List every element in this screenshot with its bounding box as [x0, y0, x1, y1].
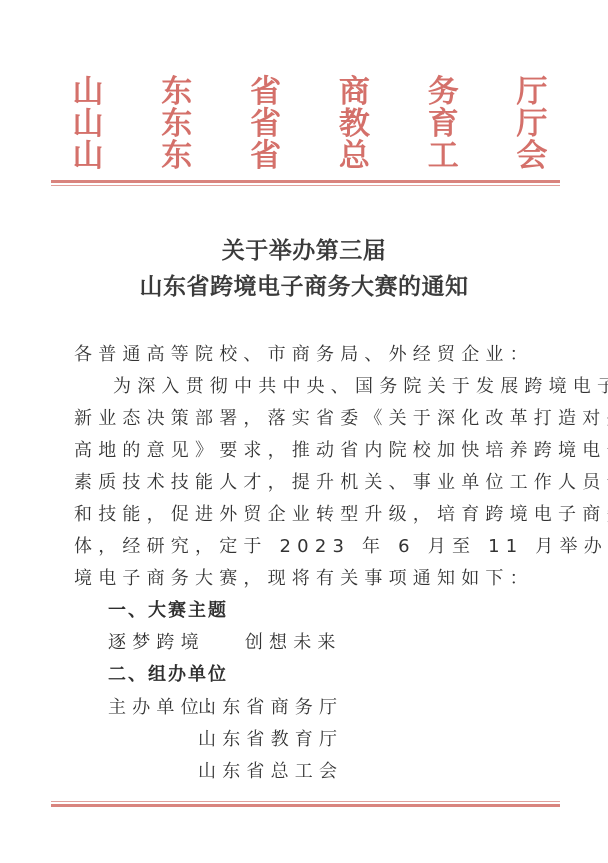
letterhead: 山 东 省 商 务 厅 山 东 省 教 育 厅 山 东 省 总 工 会: [72, 76, 548, 172]
letterhead-char: 厅: [516, 76, 548, 108]
paragraph-line: 和技能，促进外贸企业转型升级，培育跨境电子商务经营主: [74, 505, 608, 525]
theme-slogan: 逐梦跨境创想未来: [108, 633, 342, 653]
host-organization: 山东省教育厅: [198, 730, 343, 750]
letterhead-char: 省: [250, 108, 282, 140]
slogan-part1: 逐梦跨境: [108, 632, 205, 653]
header-rule-thin: [51, 185, 560, 186]
salutation: 各普通高等院校、市商务局、外经贸企业：: [74, 345, 534, 365]
letterhead-char: 总: [338, 140, 370, 172]
letterhead-row-education: 山 东 省 教 育 厅: [72, 108, 548, 140]
letterhead-row-trade-union: 山 东 省 总 工 会: [72, 140, 548, 172]
letterhead-char: 教: [338, 108, 370, 140]
paragraph-line: 体，经研究，定于 2023 年 6 月至 11 月举办第三届山东省跨: [74, 537, 608, 557]
letterhead-char: 商: [338, 76, 370, 108]
paragraph-line: 高地的意见》要求，推动省内院校加快培养跨境电子商务高: [74, 441, 608, 461]
letterhead-char: 务: [427, 76, 459, 108]
header-rule-thick: [51, 180, 560, 183]
letterhead-char: 东: [161, 108, 193, 140]
letterhead-char: 育: [427, 108, 459, 140]
document-title-line1: 关于举办第三届: [0, 232, 608, 265]
paragraph-line: 为深入贯彻中共中央、国务院关于发展跨境电子商务等: [113, 377, 608, 397]
letterhead-char: 省: [250, 140, 282, 172]
letterhead-char: 省: [250, 76, 282, 108]
letterhead-char: 东: [161, 140, 193, 172]
document-title-line2: 山东省跨境电子商务大赛的通知: [0, 268, 608, 301]
letterhead-char: 山: [72, 108, 104, 140]
host-organization: 山东省总工会: [198, 762, 343, 782]
paragraph-line: 境电子商务大赛，现将有关事项通知如下：: [74, 569, 534, 589]
slogan-part2: 创想未来: [245, 632, 342, 653]
letterhead-char: 会: [516, 140, 548, 172]
host-organization: 山东省商务厅: [198, 698, 343, 718]
footer-rule-thin: [51, 801, 560, 802]
section-heading-organizers: 二、组办单位: [108, 665, 228, 685]
letterhead-row-commerce: 山 东 省 商 务 厅: [72, 76, 548, 108]
paragraph-line: 素质技术技能人才，提升机关、事业单位工作人员专业知识: [74, 473, 608, 493]
letterhead-char: 山: [72, 76, 104, 108]
paragraph-line: 新业态决策部署，落实省委《关于深化改革打造对外开放新: [74, 409, 608, 429]
footer-rule-thick: [51, 804, 560, 807]
letterhead-char: 山: [72, 140, 104, 172]
letterhead-char: 工: [427, 140, 459, 172]
section-heading-theme: 一、大赛主题: [108, 601, 228, 621]
letterhead-char: 厅: [516, 108, 548, 140]
letterhead-char: 东: [161, 76, 193, 108]
